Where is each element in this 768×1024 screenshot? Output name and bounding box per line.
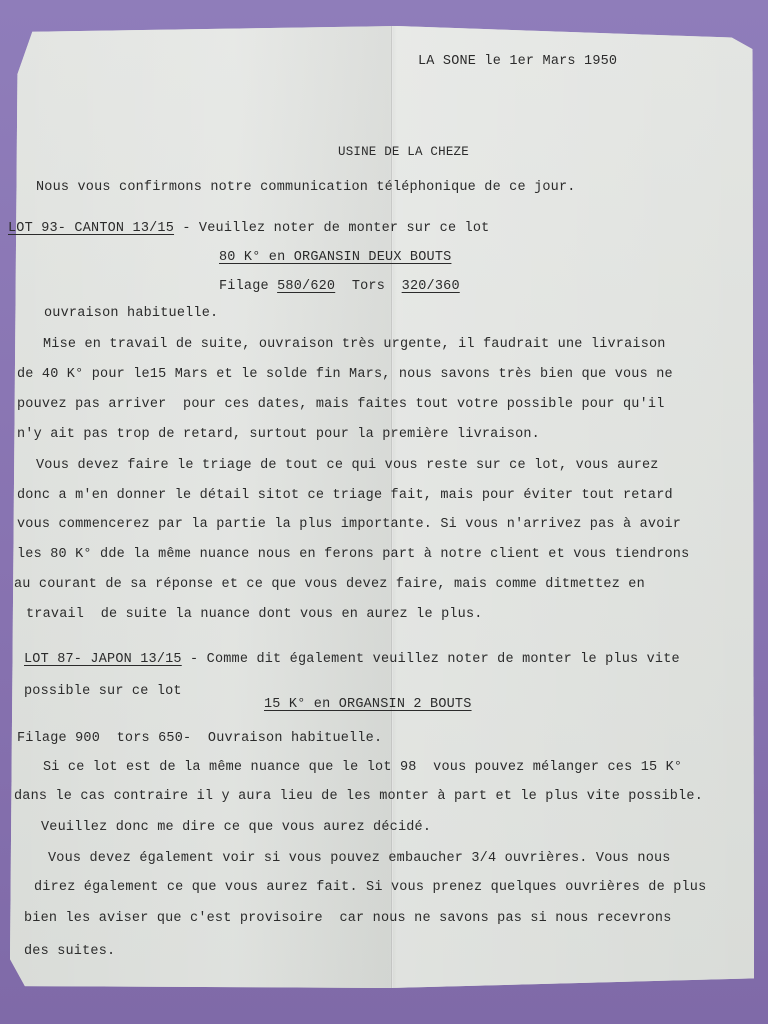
tors-label: Tors: [335, 279, 401, 294]
paragraph-3-line-2: donc a m'en donner le détail sitot ce tr…: [17, 488, 673, 503]
paragraph-2-line-2: de 40 K° pour le15 Mars et le solde fin …: [17, 367, 673, 382]
paragraph-6-line-4: des suites.: [24, 944, 115, 959]
filage-value: 580/620: [277, 279, 335, 294]
lot-87-specs: Filage 900 tors 650- Ouvraison habituell…: [17, 731, 382, 746]
lot-87-heading: LOT 87- JAPON 13/15: [24, 652, 182, 667]
lot-93-specs: Filage 580/620 Tors 320/360: [219, 279, 460, 294]
paragraph-6-line-2: direz également ce que vous aurez fait. …: [34, 880, 706, 895]
lot-87-line: LOT 87- JAPON 13/15 - Comme dit égalemen…: [24, 652, 680, 667]
place-date: LA SONE le 1er Mars 1950: [418, 54, 617, 69]
lot-93-line: LOT 93- CANTON 13/15 - Veuillez noter de…: [8, 221, 489, 236]
paragraph-6-line-3: bien les aviser que c'est provisoire car…: [24, 911, 672, 926]
tors-value: 320/360: [402, 279, 460, 294]
paragraph-2-line-1: Mise en travail de suite, ouvraison très…: [43, 337, 666, 352]
paragraph-3-line-6: travail de suite la nuance dont vous en …: [26, 607, 483, 622]
paragraph-3-line-3: vous commencerez par la partie la plus i…: [17, 517, 681, 532]
recipient-heading: USINE DE LA CHEZE: [338, 145, 469, 159]
lot-93-quantity: 80 K° en ORGANSIN DEUX BOUTS: [219, 250, 451, 265]
paragraph-3-line-4: les 80 K° dde la même nuance nous en fer…: [17, 547, 689, 562]
intro-line: Nous vous confirmons notre communication…: [36, 180, 576, 195]
lot-87-quantity: 15 K° en ORGANSIN 2 BOUTS: [264, 697, 472, 712]
lot-93-instruction: - Veuillez noter de monter sur ce lot: [174, 221, 489, 236]
lot-87-instruction: - Comme dit également veuillez noter de …: [182, 652, 680, 667]
letter-paper: [10, 26, 754, 988]
lot-93-ouvraison: ouvraison habituelle.: [44, 306, 218, 321]
filage-label: Filage: [219, 279, 277, 294]
paragraph-3-line-5: au courant de sa réponse et ce que vous …: [14, 577, 645, 592]
paragraph-4-line-2: dans le cas contraire il y aura lieu de …: [14, 789, 703, 804]
lot-87-line-2: possible sur ce lot: [24, 684, 182, 699]
paragraph-3-line-1: Vous devez faire le triage de tout ce qu…: [36, 458, 659, 473]
lot-93-heading: LOT 93- CANTON 13/15: [8, 221, 174, 236]
paper-fold-crease: [391, 26, 393, 988]
paragraph-6-line-1: Vous devez également voir si vous pouvez…: [48, 851, 671, 866]
paragraph-2-line-3: pouvez pas arriver pour ces dates, mais …: [17, 397, 665, 412]
paragraph-4-line-1: Si ce lot est de la même nuance que le l…: [43, 760, 682, 775]
paragraph-5: Veuillez donc me dire ce que vous aurez …: [41, 820, 431, 835]
paragraph-2-line-4: n'y ait pas trop de retard, surtout pour…: [17, 427, 540, 442]
